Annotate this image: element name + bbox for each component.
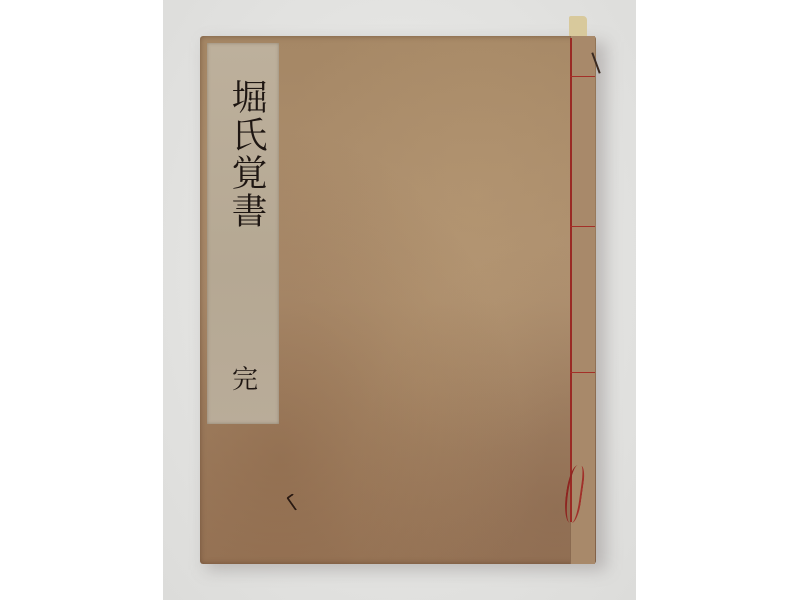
book-title: 堀氏覚書 (222, 78, 266, 230)
binding-stitch (570, 372, 595, 373)
paper-tab (569, 16, 587, 38)
binding-stitch (570, 226, 595, 227)
binding-thread (570, 38, 572, 522)
volume-mark: 完 (232, 366, 258, 394)
binding-stitch (570, 76, 595, 77)
